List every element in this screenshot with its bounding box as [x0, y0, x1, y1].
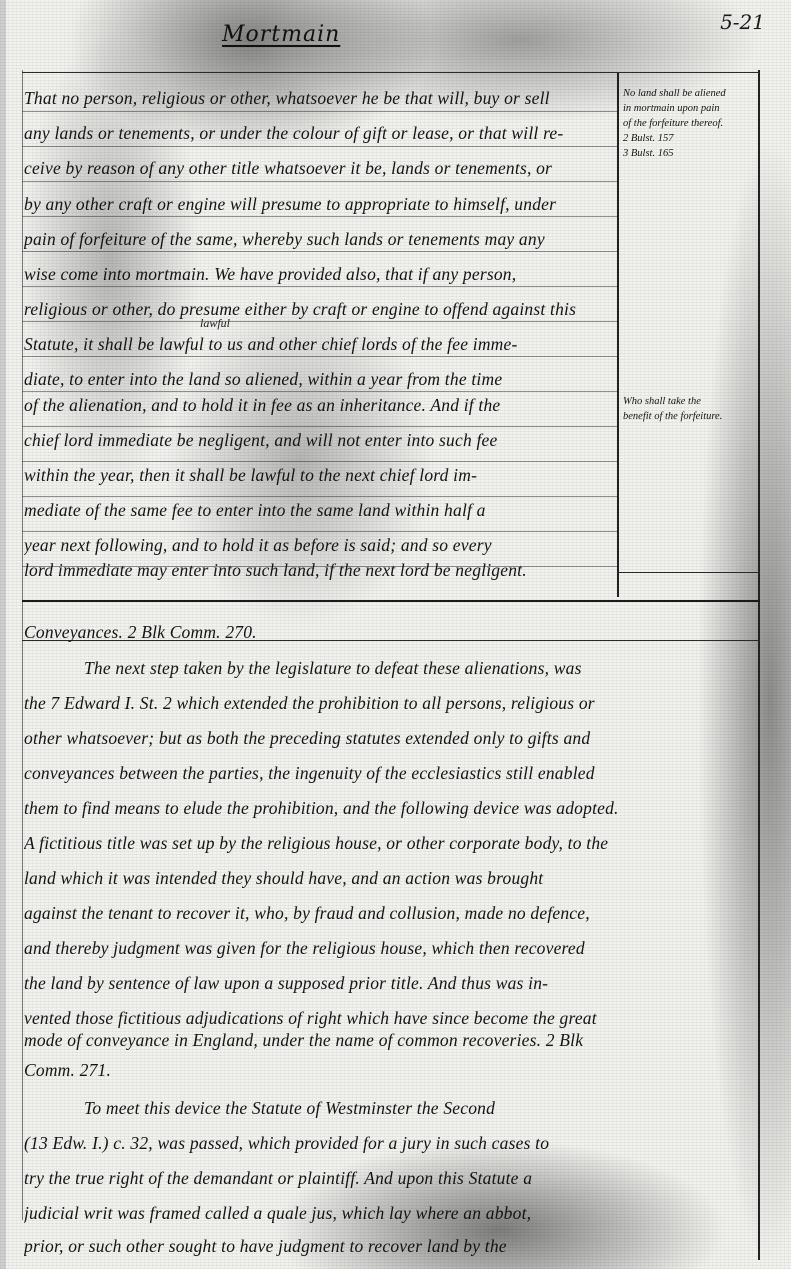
- text-line: of the alienation, and to hold it in fee…: [24, 395, 614, 415]
- ruled-line: [22, 531, 617, 532]
- ruled-line: [22, 356, 617, 357]
- margin-note-citation: 3 Bulst. 165: [623, 146, 769, 161]
- ruled-line: [22, 181, 617, 182]
- ruled-line: [22, 216, 617, 217]
- text-line: any lands or tenements, or under the col…: [24, 123, 614, 143]
- ruled-line: [22, 111, 617, 112]
- text-line: against the tenant to recover it, who, b…: [24, 903, 764, 923]
- ruled-line: [22, 286, 617, 287]
- text-line: and thereby judgment was given for the r…: [24, 938, 764, 958]
- ruled-line: [22, 391, 617, 392]
- text-line: religious or other, do presume either by…: [24, 299, 614, 319]
- scanned-document-page: 5-21 Mortmain That no person, religious …: [0, 0, 791, 1269]
- text-line: lord immediate may enter into such land,…: [24, 560, 614, 580]
- margin-note-line: Who shall take the: [623, 394, 769, 409]
- section2-heading: Conveyances. 2 Blk Comm. 270.: [24, 622, 764, 642]
- ruled-line: [22, 321, 617, 322]
- text-line: pain of forfeiture of the same, whereby …: [24, 229, 614, 249]
- text-line: wise come into mortmain. We have provide…: [24, 264, 614, 284]
- scan-left-edge: [0, 0, 6, 1269]
- text-line: the 7 Edward I. St. 2 which extended the…: [24, 693, 764, 713]
- ruled-line: [22, 426, 617, 427]
- text-line: mediate of the same fee to enter into th…: [24, 500, 614, 520]
- margin-note-line: in mortmain upon pain: [623, 101, 769, 116]
- ruled-line: [22, 251, 617, 252]
- page-number: 5-21: [720, 10, 765, 34]
- text-line: A fictitious title was set up by the rel…: [24, 833, 764, 853]
- top-rule: [22, 72, 760, 73]
- margin-note-line: of the forfeiture thereof.: [623, 116, 769, 131]
- text-line: try the true right of the demandant or p…: [24, 1168, 764, 1188]
- text-line: Statute, it shall be lawful to us and ot…: [24, 334, 614, 354]
- text-line: conveyances between the parties, the ing…: [24, 763, 764, 783]
- margin-note-forfeiture: No land shall be aliened in mortmain upo…: [623, 86, 769, 161]
- text-line: Comm. 271.: [24, 1060, 764, 1080]
- margin-notes-left-rule: [617, 72, 619, 597]
- margin-note-citation: 2 Bulst. 157: [623, 131, 769, 146]
- text-line: year next following, and to hold it as b…: [24, 535, 614, 555]
- text-line: To meet this device the Statute of Westm…: [24, 1098, 791, 1118]
- interlinear-insert: lawful: [200, 316, 230, 331]
- text-line: land which it was intended they should h…: [24, 868, 764, 888]
- margin-note-line: benefit of the forfeiture.: [623, 409, 769, 424]
- text-line: ceive by reason of any other title whats…: [24, 158, 614, 178]
- text-line: diate, to enter into the land so aliened…: [24, 369, 614, 389]
- text-line: (13 Edw. I.) c. 32, was passed, which pr…: [24, 1133, 764, 1153]
- text-line: them to find means to elude the prohibit…: [24, 798, 764, 818]
- text-line: That no person, religious or other, what…: [24, 88, 614, 108]
- text-line: mode of conveyance in England, under the…: [24, 1030, 764, 1050]
- page-title: Mortmain: [222, 22, 340, 47]
- text-line: the land by sentence of law upon a suppo…: [24, 973, 764, 993]
- text-line: judicial writ was framed called a quale …: [24, 1203, 764, 1223]
- ruled-line: [22, 461, 617, 462]
- text-line: within the year, then it shall be lawful…: [24, 465, 614, 485]
- margin-note-rule-1: [617, 572, 760, 573]
- text-line: chief lord immediate be negligent, and w…: [24, 430, 614, 450]
- section-divider: [22, 600, 760, 602]
- text-line: by any other craft or engine will presum…: [24, 194, 614, 214]
- left-margin-rule: [22, 70, 23, 1220]
- text-line: other whatsoever; but as both the preced…: [24, 728, 764, 748]
- ruled-line: [22, 146, 617, 147]
- text-line: prior, or such other sought to have judg…: [24, 1236, 764, 1256]
- ruled-line: [22, 496, 617, 497]
- margin-note-line: No land shall be aliened: [623, 86, 769, 101]
- margin-note-benefit: Who shall take the benefit of the forfei…: [623, 394, 769, 424]
- text-line: The next step taken by the legislature t…: [24, 658, 791, 678]
- text-line: vented those fictitious adjudications of…: [24, 1008, 764, 1028]
